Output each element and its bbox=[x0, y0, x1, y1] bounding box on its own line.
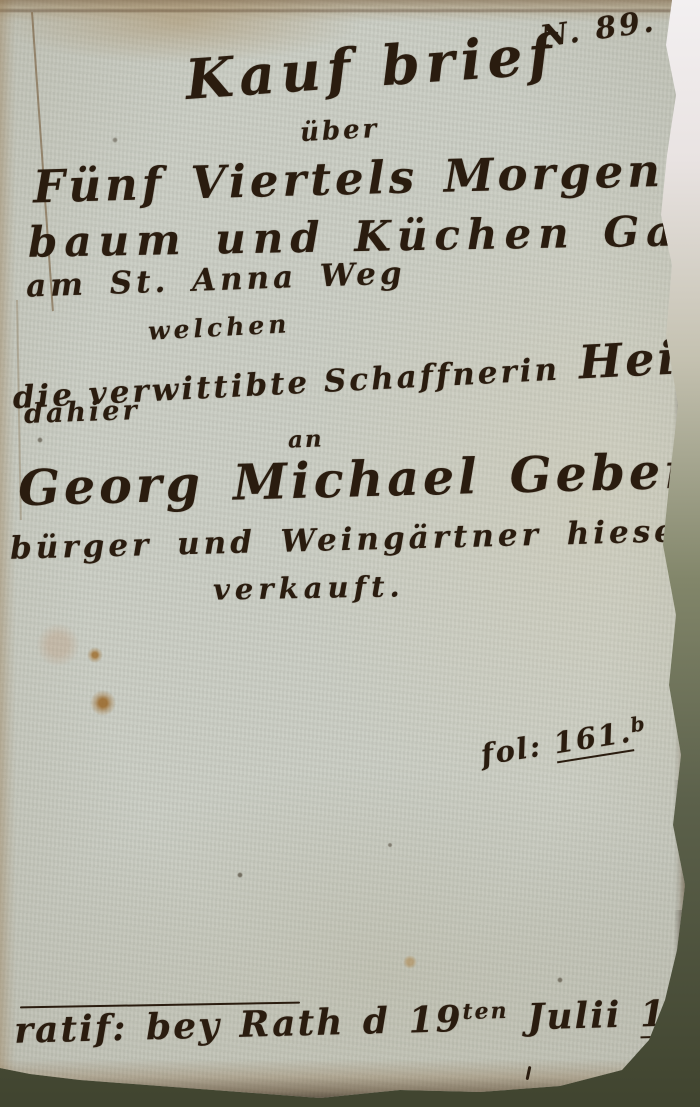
inserted-word: welchen bbox=[147, 309, 291, 345]
connector-word: an bbox=[288, 425, 325, 453]
subject-line-1: Fünf Viertels Morgen Graß bbox=[32, 140, 700, 214]
ratification-day-suffix: ten bbox=[462, 998, 509, 1025]
folio-superscript: b bbox=[629, 711, 649, 737]
year-underline-tick bbox=[526, 1066, 531, 1080]
buyer-name: Georg Michael Gebert bbox=[17, 441, 700, 517]
manuscript-page: N. 89. Kauf brief über Fünf Viertels Mor… bbox=[0, 0, 700, 1107]
folio-note: fol: 161.b bbox=[478, 711, 650, 772]
ratification-year: 1787. bbox=[639, 990, 700, 1038]
page-edge-right bbox=[672, 0, 700, 1107]
seller-place: dahier bbox=[23, 395, 140, 430]
manuscript-photo: N. 89. Kauf brief über Fünf Viertels Mor… bbox=[0, 0, 700, 1107]
folio-number: 161. bbox=[551, 715, 634, 764]
ratification-line: ratif: bey Rath d 19ten Julii 1787. bbox=[14, 990, 700, 1052]
document-title: Kauf brief bbox=[183, 21, 560, 112]
closing-word: verkauft. bbox=[213, 569, 405, 606]
title-preposition: über bbox=[299, 114, 380, 148]
page-edge-bottom bbox=[0, 1059, 700, 1107]
seller-name: Heinelin bbox=[558, 323, 700, 391]
buyer-description: bürger und Weingärtner hieselbst bbox=[10, 511, 700, 567]
folio-prefix: fol: bbox=[478, 727, 556, 772]
ratification-month: Julii bbox=[508, 993, 640, 1038]
